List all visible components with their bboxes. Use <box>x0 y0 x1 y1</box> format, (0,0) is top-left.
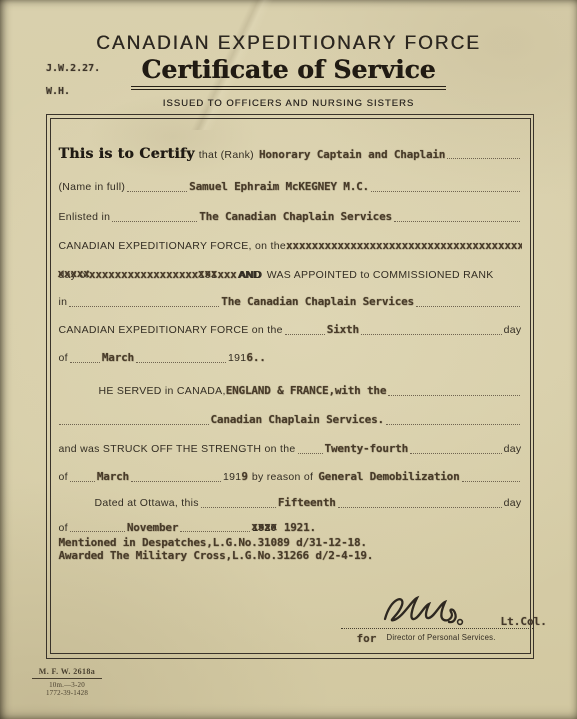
name-label: (Name in full) <box>59 178 126 196</box>
for-label: for <box>357 632 377 645</box>
of-label: of <box>59 519 68 537</box>
and-word: AND <box>239 266 262 284</box>
dotted-leader <box>394 221 520 222</box>
certificate-page: CANADIAN EXPEDITIONARY FORCE J.W.2.27. W… <box>0 0 577 719</box>
in-value: The Canadian Chaplain Services <box>221 293 414 311</box>
dotted-leader <box>201 507 276 508</box>
certificate-title: Certificate of Service <box>131 55 445 87</box>
x-overlay: xxxxx <box>58 265 90 283</box>
served-typed-value: ENGLAND & FRANCE,with the <box>226 382 387 400</box>
row-of-march-1919: of March 191 9 by reason of General Demo… <box>59 468 522 486</box>
of-label: of <box>59 349 68 367</box>
dotted-leader <box>59 424 209 425</box>
mention-line1: Mentioned in Despatches,L.G.No.31089 d/3… <box>59 536 367 549</box>
dotted-leader <box>462 481 520 482</box>
day-label: day <box>504 494 522 512</box>
certify-rest-text: that (Rank) <box>199 146 254 164</box>
rank-value: Honorary Captain and Chaplain <box>259 146 445 164</box>
dotted-leader <box>136 362 226 363</box>
certificate-title-underline: Certificate of Service <box>131 55 445 90</box>
fifteenth-value: Fifteenth <box>278 494 336 512</box>
row-name: (Name in full) Samuel Ephraim McKEGNEY M… <box>59 178 522 196</box>
stamp-form-number: M. F. W. 2618a <box>32 667 102 679</box>
year-6-typed: 6.. <box>246 349 265 367</box>
x-overlay: xxx <box>198 265 217 283</box>
director-label: Director of Personal Services. <box>387 633 496 642</box>
year-1921: 1921. <box>284 519 316 537</box>
row-enlisted: Enlisted in The Canadian Chaplain Servic… <box>59 208 522 226</box>
in-label: in <box>59 293 68 311</box>
cef-on-the-label: CANADIAN EXPEDITIONARY FORCE, on the <box>59 237 286 255</box>
signature-dotted-line <box>341 628 533 629</box>
dotted-leader <box>285 334 325 335</box>
sixth-value: Sixth <box>327 321 359 339</box>
served-unit-value: Canadian Chaplain Services. <box>211 411 384 429</box>
of-label: of <box>59 468 68 486</box>
certify-lead-text: This is to Certify <box>59 145 195 163</box>
year-1919-typed: 9 <box>241 468 247 486</box>
dotted-leader <box>338 507 502 508</box>
enlisted-label: Enlisted in <box>59 208 111 226</box>
row-dated-at: Dated at Ottawa, this Fifteenth day <box>95 494 522 512</box>
march2-value: March <box>97 468 129 486</box>
row-military-cross: Awarded The Military Cross,L.G.No.31266 … <box>59 549 522 562</box>
twenty-fourth-value: Twenty-fourth <box>325 440 409 458</box>
stamp-print-run: 10m.—3-20 <box>28 681 106 689</box>
cef-on-the2-label: CANADIAN EXPEDITIONARY FORCE on the <box>59 321 283 339</box>
row-struck-off: and was STRUCK OFF THE STRENGTH on the T… <box>59 440 522 458</box>
day-label: day <box>504 321 522 339</box>
dotted-leader <box>69 306 219 307</box>
dotted-leader <box>361 334 502 335</box>
dotted-leader <box>112 221 197 222</box>
dotted-leader <box>70 531 125 532</box>
row-served-unit: Canadian Chaplain Services. <box>59 411 522 429</box>
signature <box>379 589 471 631</box>
served-lead-label: HE SERVED in CANADA, <box>99 382 226 400</box>
form-border-box: This is to Certify that (Rank) Honorary … <box>46 114 534 659</box>
year-1919-prefix: 191 <box>223 468 241 486</box>
dotted-leader <box>371 191 520 192</box>
typed-x-strikeout: xxxxxxxxxxxxxxxxxx <box>89 266 199 284</box>
enlisted-value: The Canadian Chaplain Services <box>199 208 392 226</box>
row-of-march-1916: of March 191 6.. <box>59 349 522 367</box>
struck-1920: 1920 xxxx <box>252 518 277 537</box>
stamp-job-number: 1772-39-1428 <box>28 689 106 697</box>
dotted-leader <box>127 191 187 192</box>
typed-x-strikeout: xxx <box>217 266 236 284</box>
dotted-leader <box>410 453 502 454</box>
issued-to-subtitle: ISSUED TO OFFICERS AND NURSING SISTERS <box>0 98 577 109</box>
dotted-leader <box>386 424 520 425</box>
dotted-leader <box>447 158 519 159</box>
row-cef-on-the: CANADIAN EXPEDITIONARY FORCE, on the xxx… <box>59 237 522 255</box>
row-certify-rank: This is to Certify that (Rank) Honorary … <box>59 145 522 163</box>
dotted-leader <box>298 453 323 454</box>
year-prefix-191: 191 <box>228 349 246 367</box>
printer-stamp: M. F. W. 2618a 10m.—3-20 1772-39-1428 <box>28 667 106 697</box>
typed-x-strikeout: xxxxxxxxxxxxxxxxxxxxxxxxxxxxxxxxxxxxxxxx… <box>286 237 522 255</box>
dotted-leader <box>416 306 520 307</box>
mention-line2: Awarded The Military Cross,L.G.No.31266 … <box>59 549 374 562</box>
form-inner-box: This is to Certify that (Rank) Honorary … <box>50 118 531 654</box>
force-title: CANADIAN EXPEDITIONARY FORCE <box>0 33 577 55</box>
row-he-served: HE SERVED in CANADA, ENGLAND & FRANCE,wi… <box>99 382 522 400</box>
dated-label: Dated at Ottawa, this <box>95 494 199 512</box>
row-mentioned-despatches: Mentioned in Despatches,L.G.No.31089 d/3… <box>59 536 522 549</box>
row-day-of-appointed: day of xxxxx xxxxxxxxxxxxxxxxxx 191 xxx … <box>59 265 522 283</box>
dotted-leader <box>388 395 519 396</box>
certificate-title-wrap: Certificate of Service <box>0 55 577 90</box>
struck-191: 191 xxx <box>199 265 217 284</box>
name-value: Samuel Ephraim McKEGNEY M.C. <box>189 178 369 196</box>
x-overlay: xxxx <box>251 518 277 536</box>
dotted-leader <box>70 362 100 363</box>
november-value: November <box>127 519 178 537</box>
was-appointed-label: WAS APPOINTED to COMMISSIONED RANK <box>267 266 494 284</box>
lt-col-label: Lt.Col. <box>501 615 547 628</box>
struck-day-of: day of xxxxx <box>59 265 89 284</box>
dotted-leader <box>70 481 95 482</box>
dotted-leader <box>180 531 250 532</box>
row-cef-commission-day: CANADIAN EXPEDITIONARY FORCE on the Sixt… <box>59 321 522 339</box>
struck-off-label: and was STRUCK OFF THE STRENGTH on the <box>59 440 296 458</box>
march-value: March <box>102 349 134 367</box>
row-in-unit: in The Canadian Chaplain Services <box>59 293 522 311</box>
row-of-november-1921: of November 1920 xxxx 1921. <box>59 518 522 536</box>
reason-value: General Demobilization <box>318 468 459 486</box>
day-label: day <box>504 440 522 458</box>
by-reason-label: by reason of <box>252 468 313 486</box>
dotted-leader <box>131 481 221 482</box>
